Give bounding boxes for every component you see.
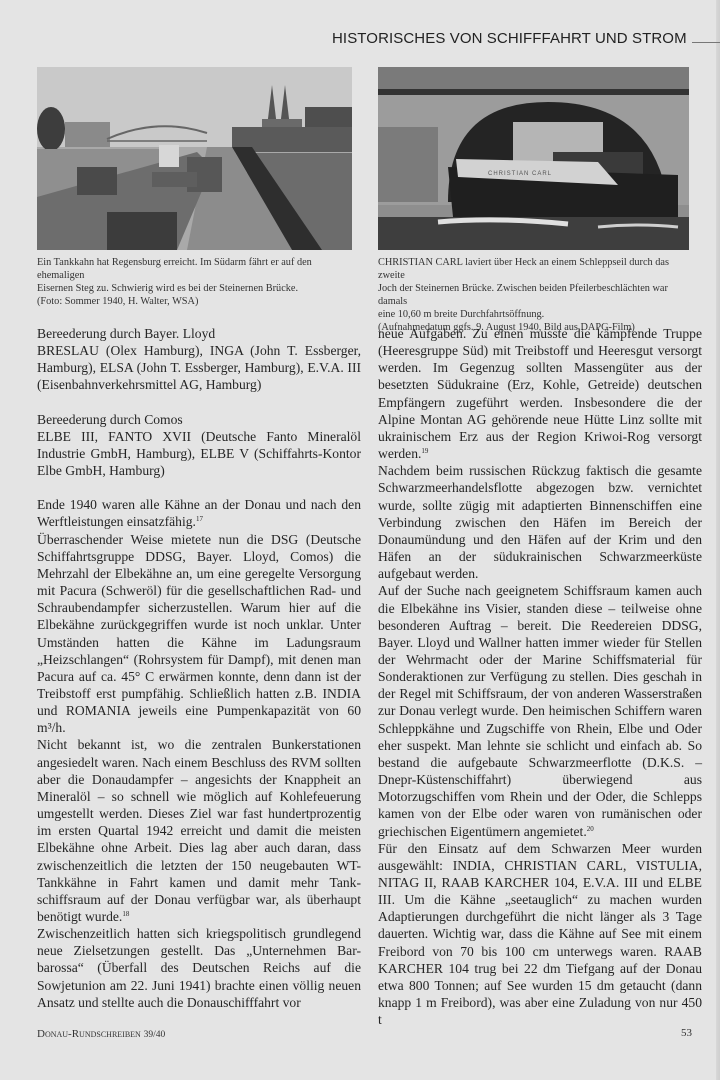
page-edge [716,0,720,1080]
footer-publication: Donau-Rundschreiben 39/40 [37,1028,165,1040]
footnote-marker: 18 [122,910,129,918]
page-number: 53 [681,1027,692,1039]
running-head: HISTORISCHES VON SCHIFFFAHRT UND STROM [332,30,687,47]
section-heading-comos: Bereederung durch Comos [37,411,361,428]
caption-right-line: eine 10,60 m breite Durchfahrtsöffnung. [378,308,698,321]
photo-bridge-image: CHRISTIAN CARL [378,67,689,250]
paragraph: Ende 1940 waren alle Kähne an der Donau … [37,496,361,530]
paragraph-bayer-lloyd-vessels: BRESLAU (Olex Hamburg), INGA (John T. Es… [37,342,361,393]
hull-name-text: CHRISTIAN CARL [488,171,552,177]
photo-regensburg-tanker [37,67,352,250]
caption-right-line: Joch der Steinernen Brücke. Zwischen bei… [378,282,698,308]
header-rule [692,42,720,43]
photo-christian-carl-bridge: CHRISTIAN CARL [378,67,689,250]
issue-number: 39/40 [144,1030,166,1040]
paragraph: Nachdem beim russischen Rückzug faktisch… [378,462,702,582]
paragraph: Zwischenzeitlich hatten sich kriegspolit… [37,925,361,1011]
paragraph: Überraschender Weise mietete nun die DSG… [37,531,361,737]
paragraph-text: Nicht bekannt ist, wo die zentralen Bunk… [37,737,361,924]
right-column: neue Aufgaben. Zu einen musste die kämpf… [378,325,702,1028]
paragraph-comos-vessels: ELBE III, FANTO XVII (Deutsche Fanto Min… [37,428,361,479]
paragraph: Für den Einsatz auf dem Schwarzen Meer w… [378,840,702,1029]
caption-right-line: CHRISTIAN CARL laviert über Heck an eine… [378,256,698,282]
footnote-marker: 20 [587,825,594,833]
paragraph: neue Aufgaben. Zu einen musste die kämpf… [378,325,702,462]
paragraph: Nicht bekannt ist, wo die zentralen Bunk… [37,736,361,925]
left-column: Bereederung durch Bayer. Lloyd BRESLAU (… [37,325,361,1011]
paragraph: Auf der Suche nach geeignetem Schiffsrau… [378,582,702,839]
caption-right: CHRISTIAN CARL laviert über Heck an eine… [378,256,698,334]
photo-regensburg-image [37,67,352,250]
footnote-marker: 17 [196,515,203,523]
paragraph-text: Auf der Suche nach geeignetem Schiffsrau… [378,583,702,838]
footnote-marker: 19 [421,447,428,455]
paragraph-text: neue Aufgaben. Zu einen musste die kämpf… [378,326,702,461]
section-heading-bayer-lloyd: Bereederung durch Bayer. Lloyd [37,325,361,342]
caption-left-line: (Foto: Sommer 1940, H. Walter, WSA) [37,295,357,308]
caption-left-line: Ein Tankkahn hat Regensburg erreicht. Im… [37,256,357,282]
paragraph-text: Ende 1940 waren alle Kähne an der Donau … [37,497,361,529]
publication-name: Donau-Rundschreiben [37,1028,141,1040]
caption-left: Ein Tankkahn hat Regensburg erreicht. Im… [37,256,357,308]
caption-left-line: Eisernen Steg zu. Schwierig wird es bei … [37,282,357,295]
